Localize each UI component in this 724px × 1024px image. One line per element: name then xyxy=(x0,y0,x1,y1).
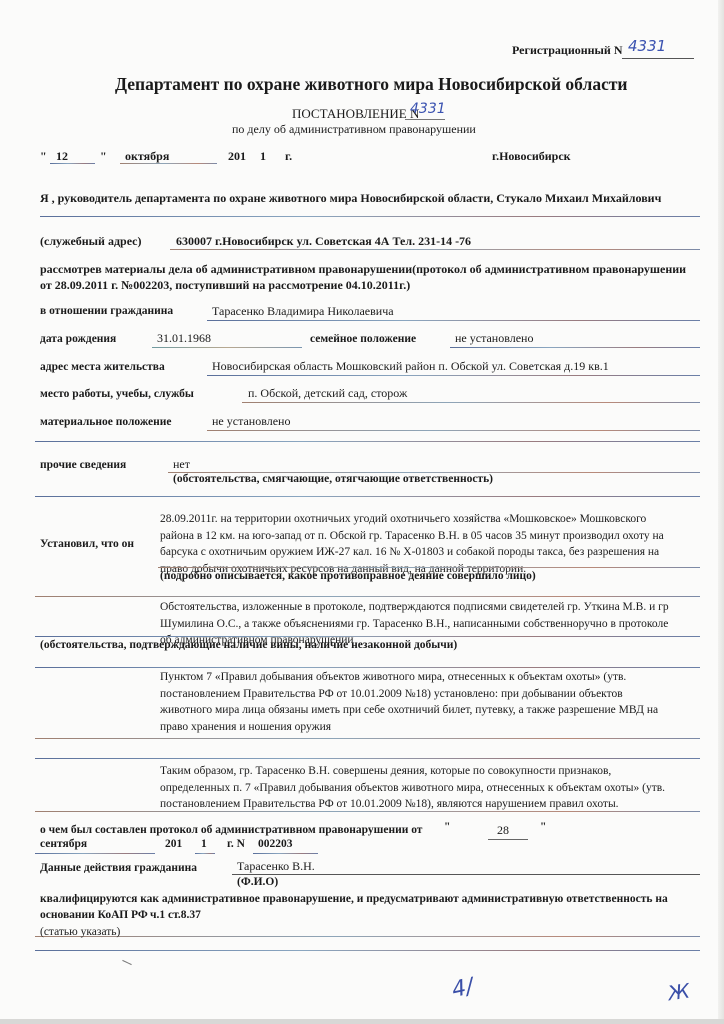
registration-label: Регистрационный N xyxy=(512,43,623,58)
actions-label: Данные действия гражданина xyxy=(40,862,197,874)
other-value: нет xyxy=(173,457,190,472)
protocol-day: 28 xyxy=(497,823,509,838)
conclusion-text: Таким образом, гр. Тарасенко В.Н. соверш… xyxy=(160,763,724,813)
protocol-number-label: г. N xyxy=(227,838,245,850)
family-value: не установлено xyxy=(455,331,533,346)
fio-hint: (Ф.И.О) xyxy=(237,876,278,888)
decree-underline xyxy=(405,119,445,120)
signature-2: Ж xyxy=(666,979,691,1006)
evidence-underline xyxy=(35,636,700,637)
date-year-suffix: 1 xyxy=(260,149,266,164)
address-value: 630007 г.Новосибирск ул. Советская 4А Те… xyxy=(176,234,471,249)
protocol-year-prefix: 201 xyxy=(165,838,182,850)
rule-line: Пунктом 7 «Правил добывания объектов жив… xyxy=(160,669,720,686)
date-quote-open: " xyxy=(40,149,47,164)
work-value: п. Обской, детский сад, сторож xyxy=(248,386,407,401)
financial-value: не установлено xyxy=(212,414,290,429)
evidence-line: Обстоятельства, изложенные в протоколе, … xyxy=(160,599,724,616)
qualification-basis-value: ч.1 ст.8.37 xyxy=(150,909,201,921)
conclusion-topline xyxy=(35,758,700,759)
review-line-1: рассмотрев материалы дела об администрат… xyxy=(40,262,686,277)
scan-edge-bottom xyxy=(0,1019,724,1024)
protocol-day-underline xyxy=(488,839,528,840)
date-year-unit: г. xyxy=(285,149,292,164)
official-underline xyxy=(40,216,700,217)
official-text: Я , руководитель департамента по охране … xyxy=(40,191,661,206)
conclusion-line: Таким образом, гр. Тарасенко В.Н. соверш… xyxy=(160,763,724,780)
established-line: барсука с охотничьим оружием ИЖ-27 кал. … xyxy=(160,544,720,561)
signature-1: 4/ xyxy=(450,974,476,1003)
established-label: Установил, что он xyxy=(40,538,134,550)
decree-label: ПОСТАНОВЛЕНИЕ N xyxy=(292,106,419,122)
established-line: 28.09.2011г. на территории охотничьих уг… xyxy=(160,511,720,528)
rule-underline xyxy=(35,738,700,739)
established-underline xyxy=(158,567,700,568)
citizen-underline xyxy=(207,320,700,321)
decree-subtitle: по делу об административном правонарушен… xyxy=(232,122,476,137)
residence-value: Новосибирская область Мошковский район п… xyxy=(212,359,609,374)
protocol-number-underline xyxy=(253,853,318,854)
date-day-underline xyxy=(50,163,95,164)
registration-underline xyxy=(622,58,694,59)
scan-edge-right xyxy=(718,0,724,1024)
review-line-2: от 28.09.2011 г. №002203, поступивший на… xyxy=(40,278,410,293)
residence-label: адрес места жительства xyxy=(40,361,165,373)
birth-value: 31.01.1968 xyxy=(157,331,211,346)
established-line: района в 12 км. на юго-запад от п. Обско… xyxy=(160,528,720,545)
protocol-month-underline xyxy=(35,853,155,854)
protocol-year-underline xyxy=(195,853,215,854)
address-underline xyxy=(170,249,700,250)
section-divider-1 xyxy=(35,496,700,497)
address-label: (служебный адрес) xyxy=(40,234,142,249)
protocol-number: 002203 xyxy=(258,838,293,850)
date-day: 12 xyxy=(56,149,68,164)
qualification-line-1: квалифицируются как административное пра… xyxy=(40,893,668,905)
family-label: семейное положение xyxy=(310,333,416,345)
financial-extra-line xyxy=(35,441,700,442)
evidence-hint: (обстоятельства, подтверждающие наличие … xyxy=(40,639,457,651)
citizen-value: Тарасенко Владимира Николаевича xyxy=(212,304,394,319)
decree-number: 4331 xyxy=(410,101,446,117)
actions-value: Тарасенко В.Н. xyxy=(237,859,315,874)
rule-line: право хранения и ношения оружия xyxy=(160,719,720,736)
work-underline xyxy=(242,402,700,403)
protocol-quote-close: " xyxy=(540,821,546,833)
conclusion-underline xyxy=(35,811,700,812)
date-month-underline xyxy=(120,163,217,164)
department-title: Департамент по охране животного мира Нов… xyxy=(115,74,628,95)
registration-number: 4331 xyxy=(628,37,666,55)
rule-text: Пунктом 7 «Правил добывания объектов жив… xyxy=(160,669,720,735)
established-hint: (подробно описывается, какое противоправ… xyxy=(160,570,536,582)
protocol-year-suffix: 1 xyxy=(201,838,207,850)
article-line-2 xyxy=(35,950,700,951)
rule-topline xyxy=(35,667,700,668)
other-hint: (обстоятельства, смягчающие, отягчающие … xyxy=(173,473,493,485)
rule-line: животного мира лица обязаны иметь при се… xyxy=(160,702,720,719)
article-line-1 xyxy=(35,936,700,937)
birth-underline xyxy=(152,347,302,348)
other-label: прочие сведения xyxy=(40,459,126,471)
financial-underline xyxy=(207,430,700,431)
citizen-label: в отношении гражданина xyxy=(40,305,173,317)
date-quote-close: " xyxy=(100,149,107,164)
protocol-month: сентября xyxy=(40,838,87,850)
section-divider-2 xyxy=(35,596,700,597)
article-hint: (статью указать) xyxy=(40,926,120,938)
work-label: место работы, учебы, службы xyxy=(40,388,194,400)
pen-mark xyxy=(122,960,131,965)
conclusion-line: определенных п. 7 «Правил добывания объе… xyxy=(160,780,724,797)
date-year-prefix: 201 xyxy=(228,149,246,164)
date-city: г.Новосибирск xyxy=(492,149,571,164)
financial-label: материальное положение xyxy=(40,416,172,428)
evidence-line: Шумилина О.С., а также объяснениями гр. … xyxy=(160,616,724,633)
actions-underline xyxy=(232,874,700,875)
qualification-basis-label: основании КоАП РФ xyxy=(40,909,148,921)
protocol-quote-open: " xyxy=(444,821,450,833)
birth-label: дата рождения xyxy=(40,333,116,345)
family-underline xyxy=(450,347,700,348)
date-month: октября xyxy=(125,149,169,164)
residence-underline xyxy=(207,375,700,376)
rule-line: постановлением Правительства РФ от 10.01… xyxy=(160,686,720,703)
protocol-text: о чем был составлен протокол об админист… xyxy=(40,824,422,836)
